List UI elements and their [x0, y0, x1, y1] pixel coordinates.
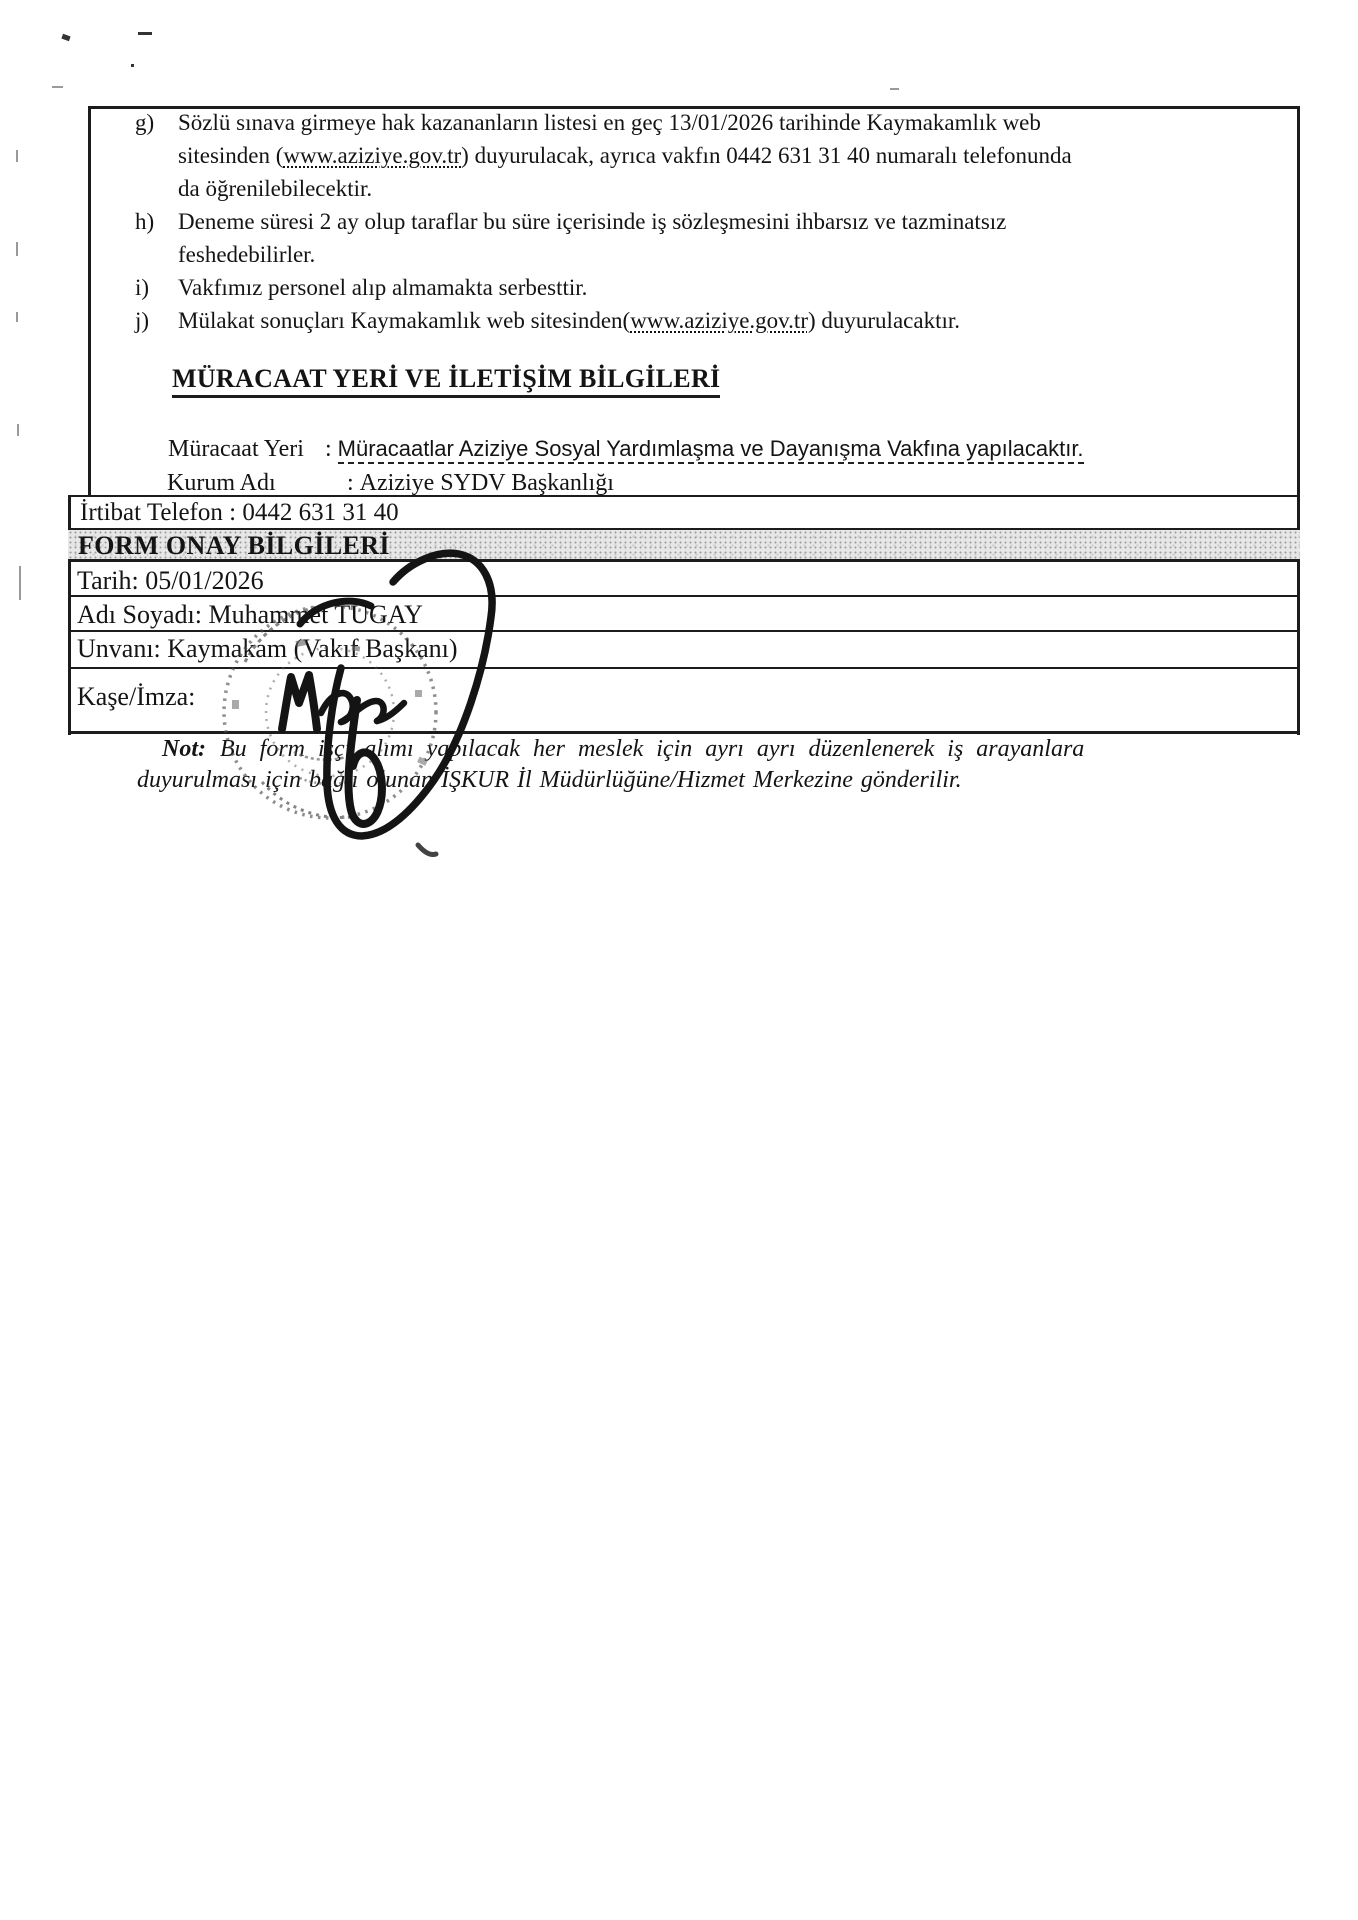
- scan-speck: [61, 34, 70, 41]
- conditions-list: g) Sözlü sınava girmeye hak kazananların…: [135, 106, 1087, 337]
- scan-speck: [138, 32, 152, 35]
- table-bottom-border: [68, 731, 1300, 734]
- list-text-post: ) duyurulacaktır.: [808, 308, 960, 333]
- list-item-j: j) Mülakat sonuçları Kaymakamlık web sit…: [135, 304, 1087, 337]
- row-line-unvan-bottom: [68, 667, 1300, 669]
- contact-label: Müracaat Yeri: [168, 436, 325, 463]
- list-text-pre: Mülakat sonuçları Kaymakamlık web sitesi…: [178, 308, 630, 333]
- website-link: www.aziziye.gov.tr: [630, 308, 808, 333]
- scan-speck: [52, 86, 63, 88]
- box-right-border: [1297, 106, 1300, 735]
- contact-label: Kurum Adı: [167, 470, 347, 497]
- approval-row-kase-imza: Kaşe/İmza:: [77, 682, 195, 712]
- scan-speck: [17, 424, 19, 436]
- note-text: Bu form işçi alımı yapılacak her meslek …: [220, 736, 1084, 762]
- contact-row-kurum-adi: Kurum Adı: Aziziye SYDV Başkanlığı: [167, 470, 614, 497]
- contact-value: Müracaatlar Aziziye Sosyal Yardımlaşma v…: [338, 436, 1084, 464]
- list-marker: g): [135, 106, 178, 205]
- colon: :: [347, 470, 354, 496]
- box-left-border-upper: [88, 106, 91, 497]
- list-marker: j): [135, 304, 178, 337]
- list-marker: i): [135, 271, 178, 304]
- note-line-2: duyurulması için bağlı olunan İŞKUR İl M…: [137, 767, 1084, 794]
- list-marker: h): [135, 205, 178, 271]
- scan-speck: [16, 242, 18, 256]
- scan-speck: [131, 64, 134, 67]
- contact-phone-line: İrtibat Telefon : 0442 631 31 40: [80, 499, 399, 527]
- section-heading: MÜRACAAT YERİ VE İLETİŞİM BİLGİLERİ: [172, 364, 720, 398]
- note-line-1: Not:Bu form işçi alımı yapılacak her mes…: [137, 736, 1084, 763]
- list-item-h: h) Deneme süresi 2 ay olup taraflar bu s…: [135, 205, 1087, 271]
- footer-note: Not:Bu form işçi alımı yapılacak her mes…: [137, 736, 1084, 794]
- approval-row-tarih: Tarih: 05/01/2026: [77, 566, 264, 596]
- scan-speck: [16, 150, 18, 162]
- scan-speck: [890, 88, 899, 90]
- scan-speck: [19, 566, 21, 600]
- colon: :: [325, 436, 332, 462]
- contact-row-muracaat-yeri: Müracaat Yeri: Müracaatlar Aziziye Sosya…: [168, 436, 1084, 463]
- approval-row-unvani: Unvanı: Kaymakam (Vakıf Başkanı): [77, 634, 458, 664]
- list-item-text: Mülakat sonuçları Kaymakamlık web sitesi…: [178, 304, 1087, 337]
- row-line-adi-bottom: [68, 630, 1300, 632]
- approval-row-adi-soyadi: Adı Soyadı: Muhammet TUGAY: [77, 600, 423, 630]
- contact-value: Aziziye SYDV Başkanlığı: [360, 470, 614, 496]
- note-label: Not:: [162, 736, 206, 762]
- signature-scribble: [282, 553, 492, 854]
- website-link: www.aziziye.gov.tr: [283, 143, 461, 168]
- list-item-g: g) Sözlü sınava girmeye hak kazananların…: [135, 106, 1087, 205]
- list-item-text: Sözlü sınava girmeye hak kazananların li…: [178, 106, 1087, 205]
- list-item-text: Vakfımız personel alıp almamakta serbest…: [178, 271, 1087, 304]
- form-approval-header: FORM ONAY BİLGİLERİ: [78, 531, 390, 561]
- scan-speck: [16, 312, 18, 322]
- list-item-i: i) Vakfımız personel alıp almamakta serb…: [135, 271, 1087, 304]
- scanned-document-page: g) Sözlü sınava girmeye hak kazananların…: [0, 0, 1358, 1920]
- list-item-text: Deneme süresi 2 ay olup taraflar bu süre…: [178, 205, 1087, 271]
